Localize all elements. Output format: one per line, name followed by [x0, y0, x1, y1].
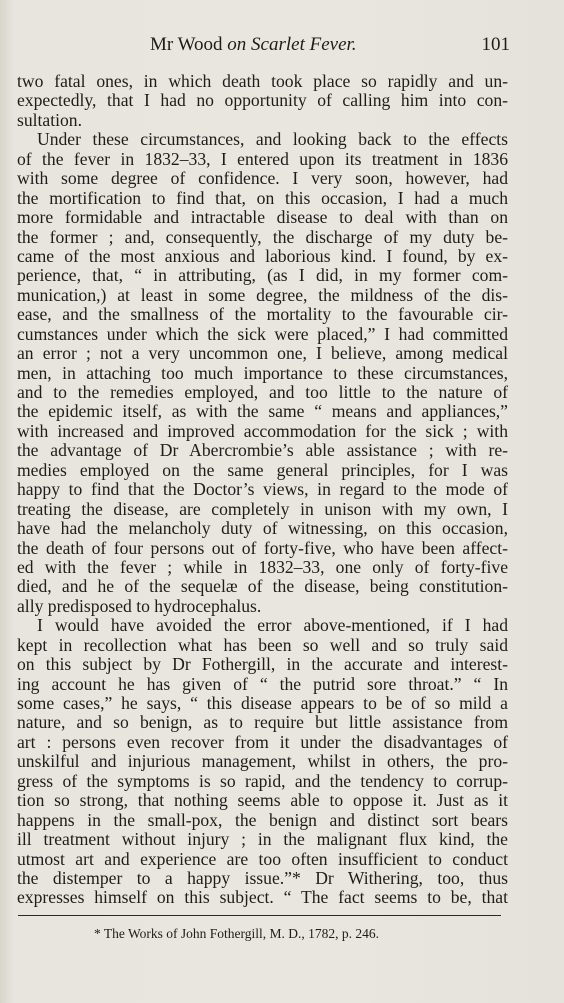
footnote-rule: [18, 915, 501, 916]
text-line: with increased and improved accommodatio…: [17, 422, 508, 441]
text-line: an error ; not a very uncommon one, I be…: [17, 344, 508, 363]
text-line: munication,) at least in some degree, th…: [17, 286, 508, 305]
text-line: died, and he of the sequelæ of the disea…: [17, 577, 508, 596]
text-line: unskilful and injurious management, whil…: [17, 752, 508, 771]
running-header: Mr Wood on Scarlet Fever. 101: [150, 34, 510, 56]
text-line: expresses himself on this subject. “ The…: [17, 888, 508, 907]
text-line: came of the most anxious and laborious k…: [17, 247, 508, 266]
text-line: have had the melancholy duty of witnessi…: [17, 519, 508, 538]
text-line: the advantage of Dr Abercrombie’s able a…: [17, 441, 508, 460]
text-line: ally predisposed to hydrocephalus.: [17, 597, 508, 616]
text-line: perience, that, “ in attributing, (as I …: [17, 266, 508, 285]
text-line: on this subject by Dr Fothergill, in the…: [17, 655, 508, 674]
text-line: and to the remedies employed, and too li…: [17, 383, 508, 402]
text-line: men, in attaching too much importance to…: [17, 364, 508, 383]
text-line: ing account he has given of “ the putrid…: [17, 675, 508, 694]
text-line: some cases,” he says, “ this disease app…: [17, 694, 508, 713]
text-line: with some degree of confidence. I very s…: [17, 169, 508, 188]
text-line: the former ; and, consequently, the disc…: [17, 228, 508, 247]
text-line: art : persons even recover from it under…: [17, 733, 508, 752]
page-number: 101: [482, 34, 511, 56]
text-line: medies employed on the same general prin…: [17, 461, 508, 480]
footnote: * The Works of John Fothergill, M. D., 1…: [94, 926, 379, 942]
text-line: treating the disease, are completely in …: [17, 500, 508, 519]
running-title-subject: on Scarlet Fever.: [227, 34, 356, 55]
text-line: the distemper to a happy issue.”* Dr Wit…: [17, 869, 508, 888]
paragraph-start-line: I would have avoided the error above-men…: [17, 616, 508, 635]
text-line: tion so strong, that nothing seems able …: [17, 791, 508, 810]
text-line: happy to find that the Doctor’s views, i…: [17, 480, 508, 499]
paragraph-start-line: Under these circumstances, and looking b…: [17, 130, 508, 149]
text-line: two fatal ones, in which death took plac…: [17, 72, 508, 91]
text-line: of the fever in 1832–33, I entered upon …: [17, 150, 508, 169]
text-line: the death of four persons out of forty-f…: [17, 539, 508, 558]
text-line: sultation.: [17, 111, 508, 130]
text-line: the epidemic itself, as with the same “ …: [17, 402, 508, 421]
text-line: ease, and the smallness of the mortality…: [17, 305, 508, 324]
text-line: the mortification to find that, on this …: [17, 189, 508, 208]
text-line: nature, and so benign, as to require but…: [17, 713, 508, 732]
book-page: Mr Wood on Scarlet Fever. 101 two fatal …: [0, 0, 564, 1003]
text-line: gress of the symptoms is so rapid, and t…: [17, 772, 508, 791]
text-line: kept in recollection what has been so we…: [17, 636, 508, 655]
text-line: happens in the small-pox, the benign and…: [17, 811, 508, 830]
body-text: two fatal ones, in which death took plac…: [17, 72, 508, 908]
text-line: utmost art and experience are too often …: [17, 850, 508, 869]
text-line: cumstances under which the sick were pla…: [17, 325, 508, 344]
running-title: Mr Wood on Scarlet Fever.: [150, 34, 357, 56]
text-line: ed with the fever ; while in 1832–33, on…: [17, 558, 508, 577]
text-line: expectedly, that I had no opportunity of…: [17, 91, 508, 110]
running-title-author: Mr Wood: [150, 34, 227, 55]
text-line: ill treatment without injury ; in the ma…: [17, 830, 508, 849]
text-line: more formidable and intractable disease …: [17, 208, 508, 227]
